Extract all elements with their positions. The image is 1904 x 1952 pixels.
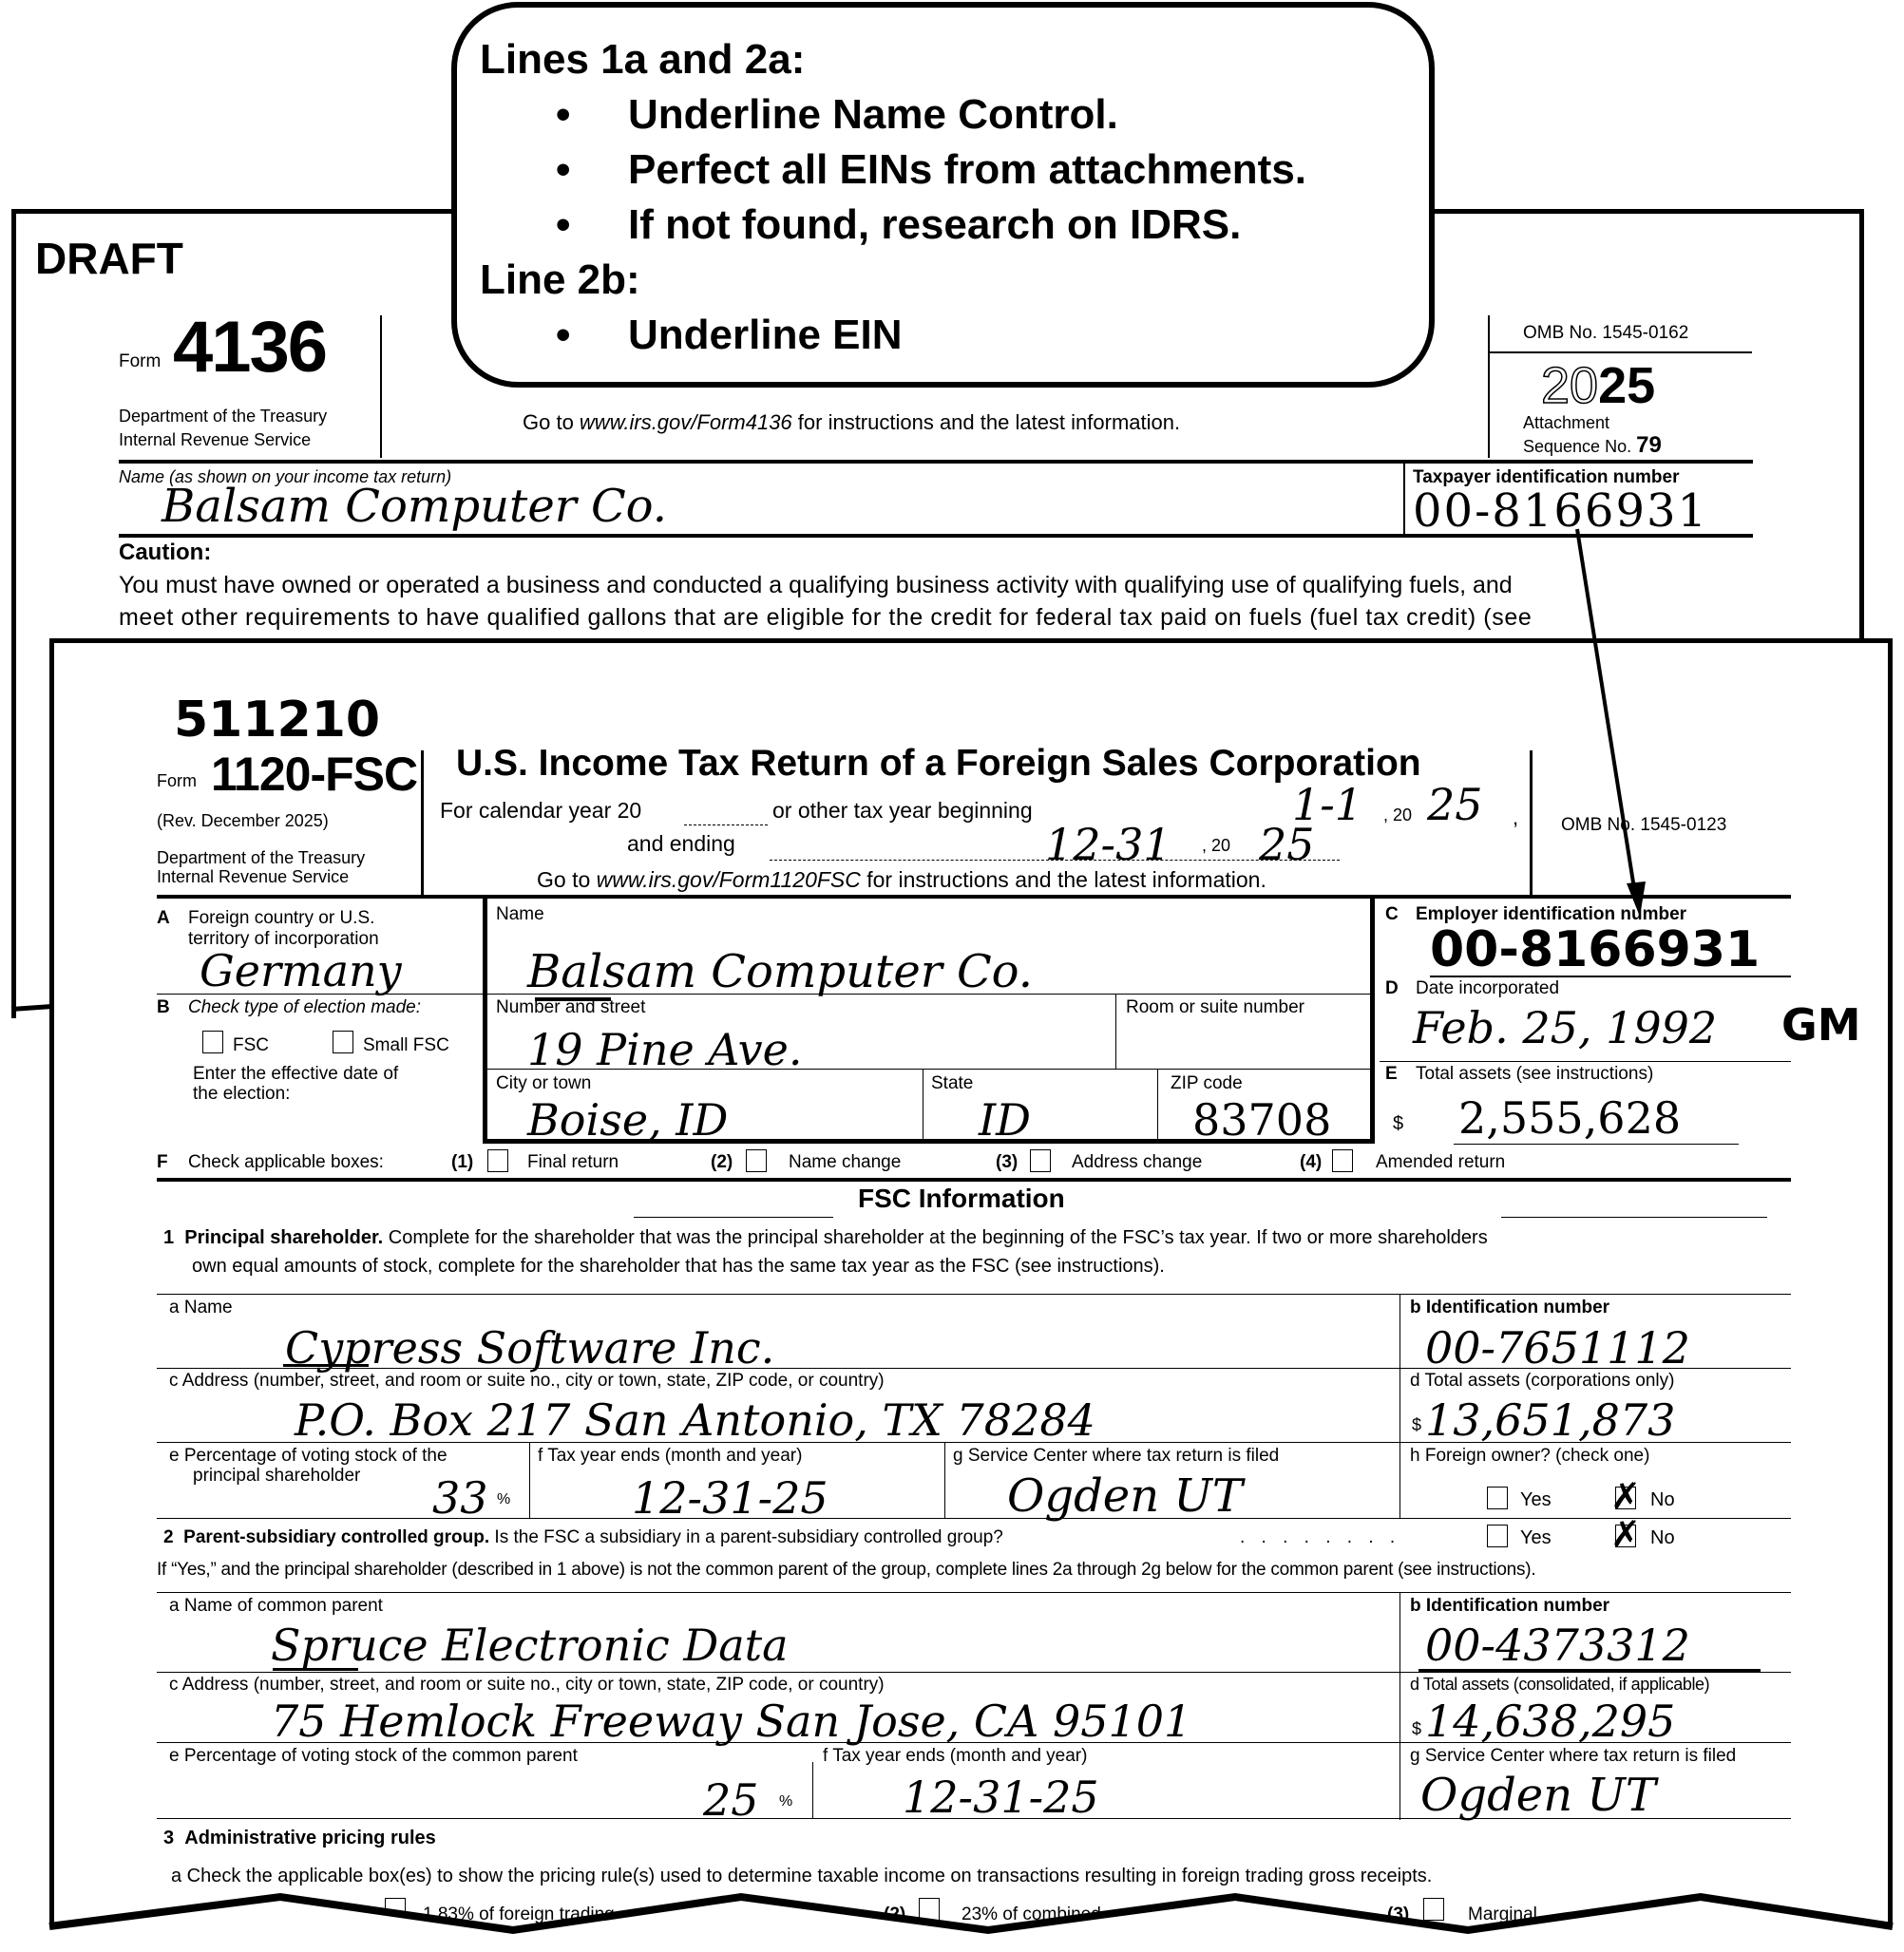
arrow-line [1577, 529, 1636, 900]
torn-edge-and-arrow [0, 0, 1904, 1952]
arrow-head-icon [1627, 881, 1646, 917]
